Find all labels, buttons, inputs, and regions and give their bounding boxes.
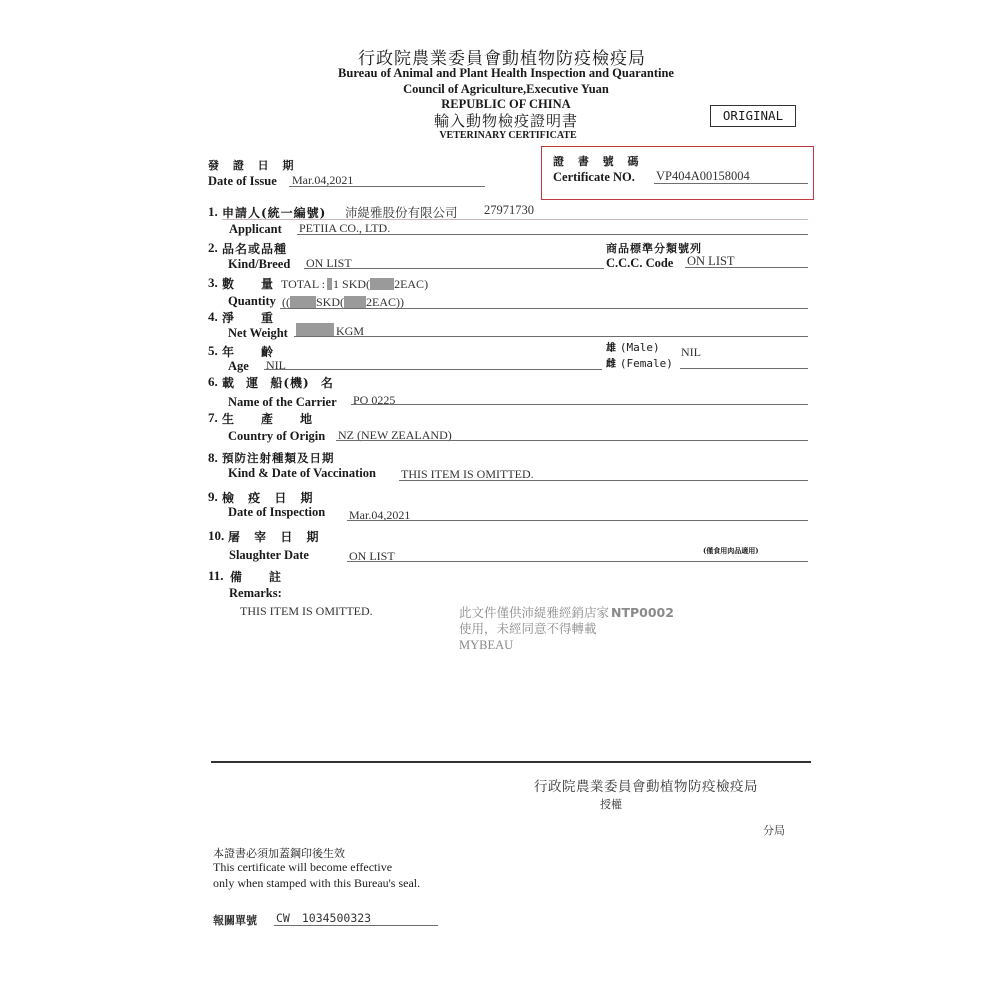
field-9-number: 9.	[208, 489, 218, 505]
notice-en-1: This certificate will become effective	[213, 860, 392, 875]
customs-label: 報關單號	[213, 912, 257, 928]
doc-title-zh: 輸入動物檢疫證明書	[0, 110, 1000, 131]
remarks-value: THIS ITEM IS OMITTED.	[240, 604, 373, 619]
quantity-total-mid: 1 SKD(	[333, 277, 370, 291]
quantity-total-prefix: TOTAL :	[281, 277, 325, 291]
carrier-label: Name of the Carrier	[228, 395, 337, 410]
redacted-block	[344, 296, 366, 308]
field-2-number: 2.	[208, 240, 218, 256]
applicant-label: Applicant	[229, 222, 282, 237]
inspection-label-zh: 檢 疫 日 期	[222, 489, 314, 506]
slaughter-label-zh: 屠 宰 日 期	[228, 528, 320, 545]
sex-female-label: 雌 (Female)	[606, 355, 673, 370]
certificate-number: VP404A00158004	[656, 169, 750, 184]
redacted-block	[327, 278, 332, 290]
vaccination-label: Kind & Date of Vaccination	[228, 466, 376, 481]
issue-date-label: Date of Issue	[208, 174, 277, 189]
origin-label: Country of Origin	[228, 429, 325, 444]
quantity-detail-prefix: ((	[282, 295, 290, 309]
certificate-label: Certificate NO.	[553, 170, 635, 185]
female-label-zh: 雌	[606, 359, 617, 370]
field-5-number: 5.	[208, 343, 218, 359]
net-weight-label-zh: 淨 重	[222, 309, 274, 326]
watermark-line-1: 此文件僅供沛緹雅經銷店家	[459, 605, 609, 620]
quantity-detail-mid: SKD(	[316, 295, 344, 309]
slaughter-note: (僅食用肉品適用)	[703, 546, 759, 556]
female-label-en: (Female)	[620, 357, 673, 370]
customs-no: 1034500323	[302, 911, 371, 925]
quantity-detail-suffix: 2EAC))	[366, 295, 404, 309]
quantity-total: TOTAL :1 SKD(2EAC)	[281, 277, 428, 292]
footer-divider	[211, 761, 811, 763]
field-10-number: 10.	[208, 528, 224, 544]
quantity-label: Quantity	[228, 294, 276, 309]
field-4-number: 4.	[208, 309, 218, 325]
sex-male-label: 雄 (Male)	[606, 339, 660, 354]
branch-label: 分局	[763, 822, 785, 838]
watermark: 此文件僅供沛緹雅經銷店家NTP0002 使用，未經同意不得轉載 MYBEAU	[459, 605, 674, 653]
carrier-value: PO 0225	[353, 393, 395, 408]
doc-title-en: VETERINARY CERTIFICATE	[0, 130, 1000, 141]
notice-en-2: only when stamped with this Bureau's sea…	[213, 876, 420, 891]
sex-value: NIL	[681, 345, 701, 360]
watermark-line-2: 使用，未經同意不得轉載	[459, 621, 674, 637]
vaccination-label-zh: 預防注射種類及日期	[222, 450, 335, 466]
male-label-zh: 雄	[606, 343, 617, 354]
kind-label: Kind/Breed	[228, 257, 290, 272]
kind-label-zh: 品名或品種	[222, 240, 287, 257]
origin-label-zh: 生 產 地	[222, 410, 313, 427]
redacted-block	[370, 278, 394, 290]
issue-date-label-zh: 發 證 日 期	[208, 157, 295, 173]
redacted-block	[296, 323, 334, 337]
remarks-label: Remarks:	[229, 586, 282, 601]
field-8-number: 8.	[208, 450, 218, 466]
remarks-label-zh: 備 註	[230, 568, 282, 585]
agency-title-en: Bureau of Animal and Plant Health Inspec…	[0, 66, 1000, 81]
authorized-label: 授權	[600, 796, 622, 812]
slaughter-label: Slaughter Date	[229, 548, 309, 563]
ccc-label: C.C.C. Code	[606, 256, 673, 271]
applicant-tax-id: 27971730	[484, 203, 534, 218]
field-3-number: 3.	[208, 275, 218, 291]
quantity-label-zh: 數 量	[222, 275, 274, 292]
male-label-en: (Male)	[620, 341, 660, 354]
customs-number: CW1034500323	[276, 911, 371, 925]
carrier-label-zh: 載 運 船(機) 名	[222, 374, 334, 391]
customs-prefix: CW	[276, 911, 290, 925]
watermark-code: NTP0002	[611, 605, 674, 620]
quantity-total-suffix: 2EAC)	[394, 277, 428, 291]
field-7-number: 7.	[208, 410, 218, 426]
certificate-label-zh: 證 書 號 碼	[553, 153, 640, 169]
original-stamp: ORIGINAL	[710, 105, 796, 127]
council-name: Council of Agriculture,Executive Yuan	[0, 82, 1000, 97]
inspection-label: Date of Inspection	[228, 505, 325, 520]
notice-zh: 本證書必須加蓋鋼印後生效	[213, 845, 345, 861]
redacted-block	[290, 296, 316, 308]
field-1-number: 1.	[208, 204, 218, 220]
age-value: NIL	[266, 358, 286, 373]
watermark-line-3: MYBEAU	[459, 637, 674, 653]
authority-zh: 行政院農業委員會動植物防疫檢疫局	[534, 775, 758, 795]
age-label: Age	[228, 359, 249, 374]
field-6-number: 6.	[208, 374, 218, 390]
field-11-number: 11.	[208, 568, 224, 584]
net-weight-label: Net Weight	[228, 326, 288, 341]
